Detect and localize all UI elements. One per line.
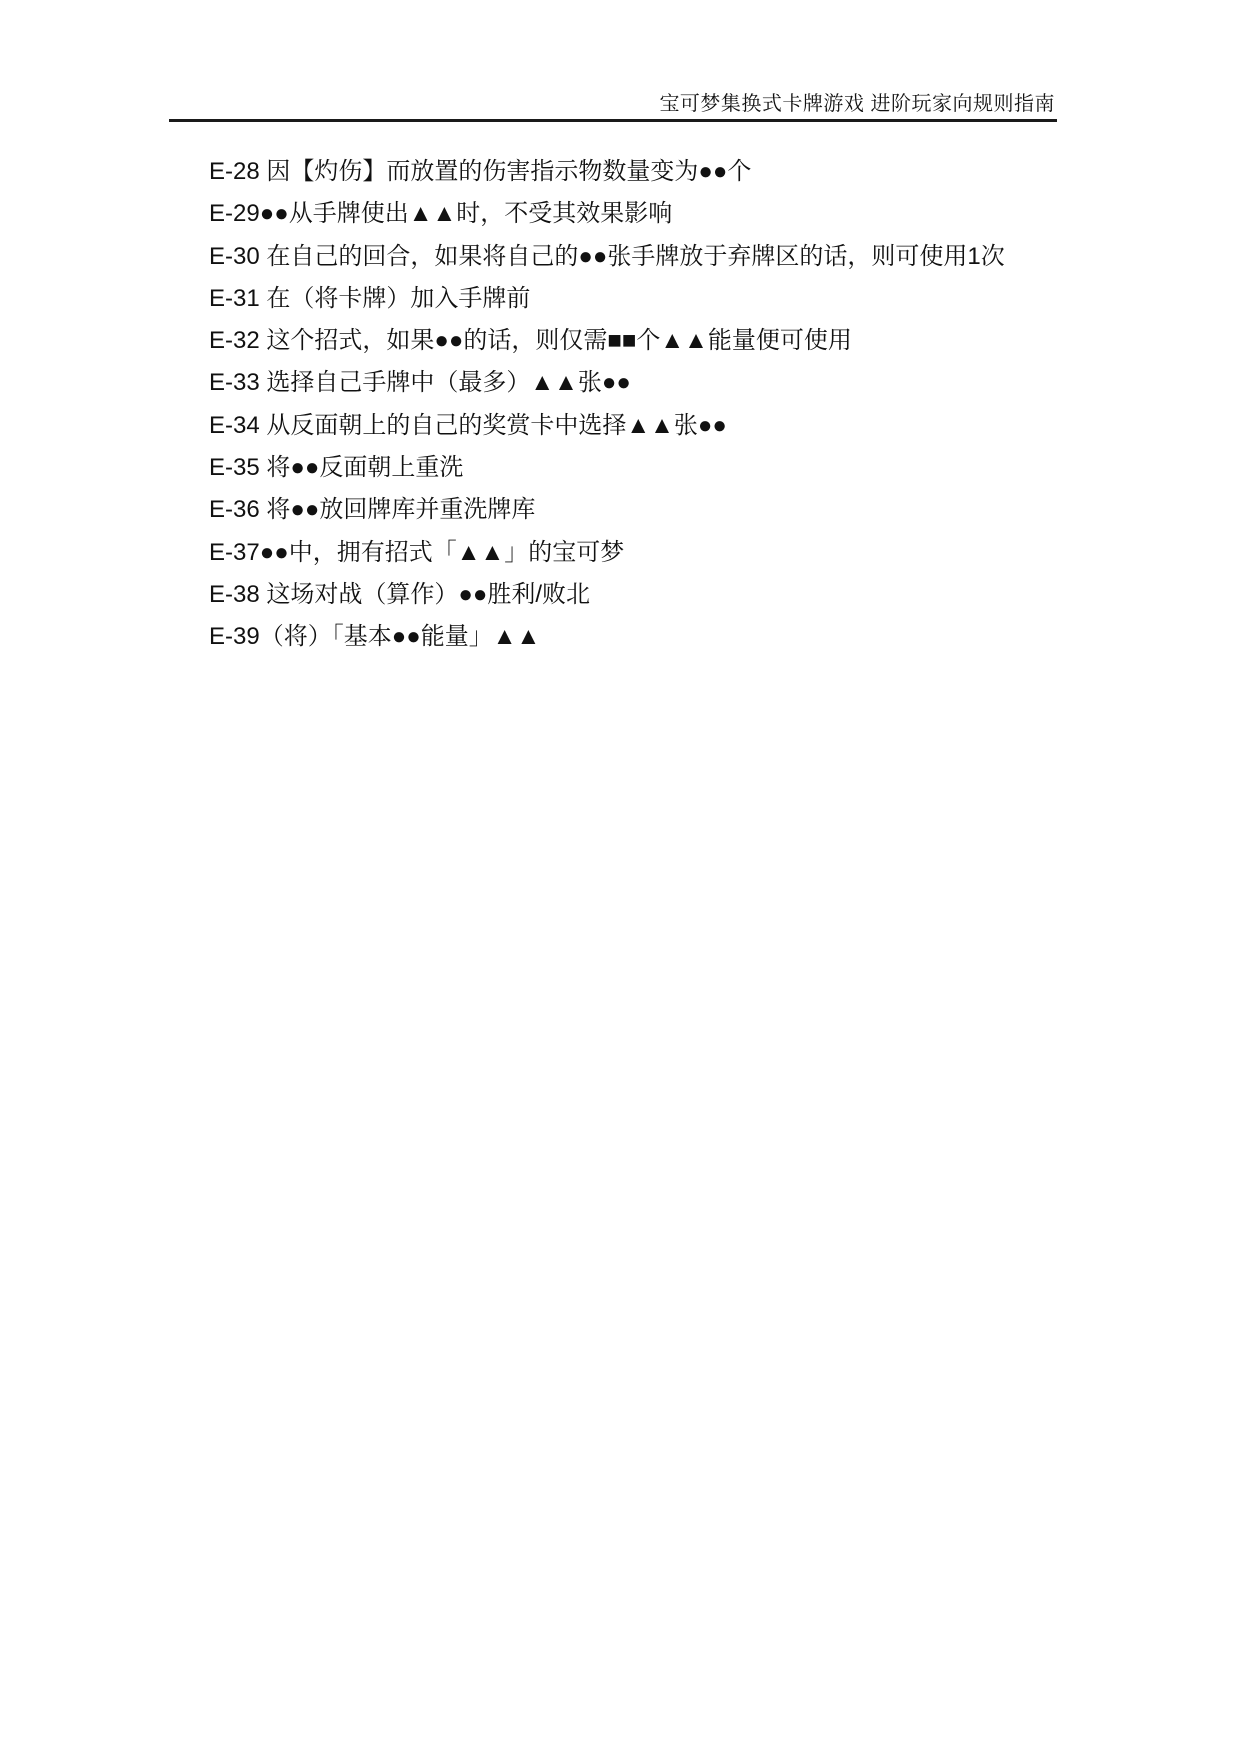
list-item: E-35 将●●反面朝上重洗 (209, 447, 1005, 489)
item-text: 因【灼伤】而放置的伤害指示物数量变为●●个 (260, 158, 752, 185)
list-item: E-34 从反面朝上的自己的奖赏卡中选择▲▲张●● (209, 405, 1005, 447)
item-text: （将）「基本●●能量」▲▲ (260, 623, 541, 650)
list-item: E-28 因【灼伤】而放置的伤害指示物数量变为●●个 (209, 151, 1005, 193)
item-code: E-32 (209, 327, 260, 354)
item-code: E-30 (209, 243, 260, 270)
item-text: 这场对战（算作）●●胜利/败北 (260, 581, 590, 608)
item-text: 选择自己手牌中（最多）▲▲张●● (260, 369, 631, 396)
item-code: E-34 (209, 412, 260, 439)
item-code: E-31 (209, 285, 260, 312)
list-item: E-29●●从手牌使出▲▲时，不受其效果影响 (209, 193, 1005, 235)
item-code: E-29 (209, 200, 260, 227)
item-text: 将●●放回牌库并重洗牌库 (260, 496, 536, 523)
item-text: 在自己的回合，如果将自己的●●张手牌放于弃牌区的话，则可使用1次 (260, 243, 1005, 270)
item-code: E-36 (209, 496, 260, 523)
list-item: E-36 将●●放回牌库并重洗牌库 (209, 489, 1005, 531)
item-code: E-38 (209, 581, 260, 608)
item-text: ●●从手牌使出▲▲时，不受其效果影响 (260, 200, 673, 227)
effect-text-list: E-28 因【灼伤】而放置的伤害指示物数量变为●●个 E-29●●从手牌使出▲▲… (209, 151, 1005, 659)
header-rule-divider (169, 119, 1057, 122)
page-header-title: 宝可梦集换式卡牌游戏 进阶玩家向规则指南 (659, 87, 1055, 116)
item-code: E-37 (209, 539, 260, 566)
item-code: E-28 (209, 158, 260, 185)
item-text: 这个招式，如果●●的话，则仅需■■个▲▲能量便可使用 (260, 327, 852, 354)
list-item: E-39（将）「基本●●能量」▲▲ (209, 616, 1005, 658)
list-item: E-33 选择自己手牌中（最多）▲▲张●● (209, 362, 1005, 404)
item-text: 在（将卡牌）加入手牌前 (260, 285, 531, 312)
list-item: E-37●●中，拥有招式「▲▲」的宝可梦 (209, 532, 1005, 574)
item-text: 将●●反面朝上重洗 (260, 454, 464, 481)
item-text: 从反面朝上的自己的奖赏卡中选择▲▲张●● (260, 412, 727, 439)
item-code: E-39 (209, 623, 260, 650)
document-page: 宝可梦集换式卡牌游戏 进阶玩家向规则指南 E-28 因【灼伤】而放置的伤害指示物… (0, 0, 1241, 1755)
item-code: E-33 (209, 369, 260, 396)
list-item: E-32 这个招式，如果●●的话，则仅需■■个▲▲能量便可使用 (209, 320, 1005, 362)
item-text: ●●中，拥有招式「▲▲」的宝可梦 (260, 539, 625, 566)
list-item: E-31 在（将卡牌）加入手牌前 (209, 278, 1005, 320)
list-item: E-30 在自己的回合，如果将自己的●●张手牌放于弃牌区的话，则可使用1次 (209, 236, 1005, 278)
list-item: E-38 这场对战（算作）●●胜利/败北 (209, 574, 1005, 616)
item-code: E-35 (209, 454, 260, 481)
